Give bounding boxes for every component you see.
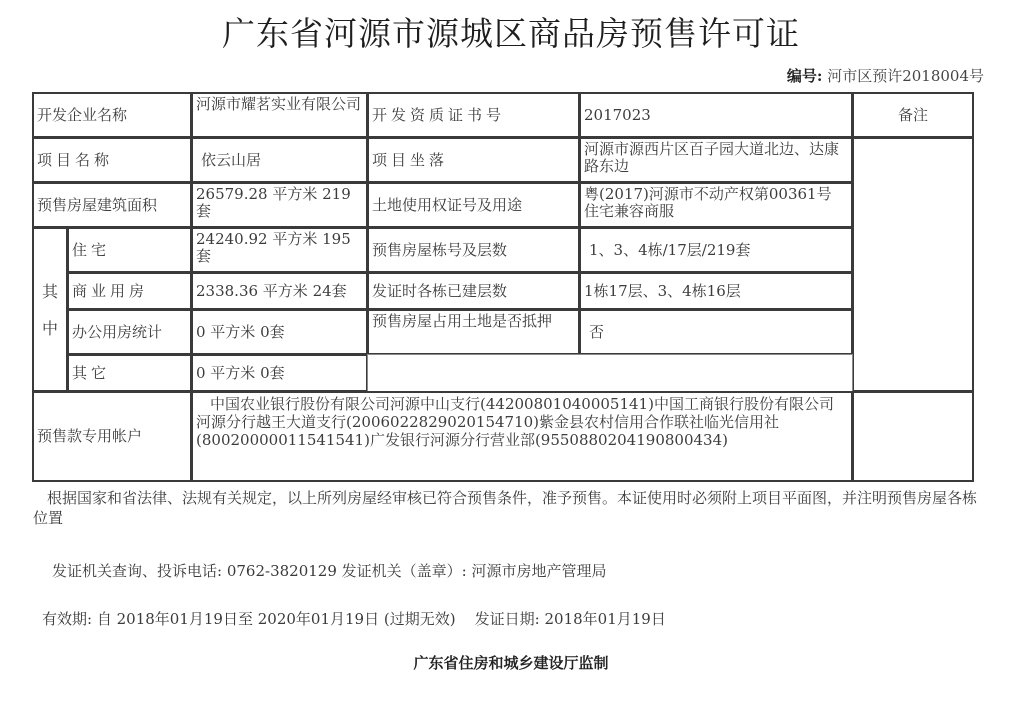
project-name-label: 项目名称 [37,152,113,169]
project-name-label-cell: 项目名称 [32,137,192,183]
account-label: 预售款专用帐户 [37,428,142,445]
remarks-label-cell: 备注 [852,92,974,138]
breakdown-commercial-value-cell: 2338.36 平方米 24套 [191,272,368,310]
mortgage-value-cell: 否 [579,309,853,355]
of-which-char-1: 其 [42,283,58,300]
breakdown-other-label-cell: 其它 [67,354,192,392]
supervisor-footer: 广东省住房和城乡建设厅监制 [0,652,1022,673]
mortgage-label: 预售房屋占用土地是否抵押 [372,313,552,330]
account-remarks-cell [852,391,974,482]
certificate-number: 编号: 河市区预许2018004号 [787,65,984,86]
account-value-cell: 中国农业银行股份有限公司河源中山支行(44200801040005141)中国工… [191,391,853,482]
qualification-label: 开发资质证书号 [372,107,505,124]
breakdown-residential-value: 24240.92 平方米 195套 [196,231,363,265]
breakdown-office-value: 0 平方米 0套 [196,324,285,341]
breakdown-other-label: 其它 [72,365,110,382]
developer-label: 开发企业名称 [37,107,127,124]
document-title: 广东省河源市源城区商品房预售许可证 [0,8,1022,55]
issue-date-label: 发证日期: [475,610,540,628]
land-cert-label-cell: 土地使用权证号及用途 [367,182,580,228]
developer-label-cell: 开发企业名称 [32,92,192,138]
account-label-cell: 预售款专用帐户 [32,391,192,482]
validity-line: 有效期: 自 2018年01月19日至 2020年01月19日 (过期无效) 发… [42,608,666,629]
phone-label: 发证机关查询、投诉电话: [52,562,222,580]
breakdown-office-value-cell: 0 平方米 0套 [191,309,368,355]
building-floors-label: 预售房屋栋号及层数 [372,242,507,259]
presale-area-label: 预售房屋建筑面积 [37,197,157,214]
validity-range: 自 2018年01月19日至 2020年01月19日 (过期无效) [97,610,456,628]
built-floors-label-cell: 发证时各栋已建层数 [367,272,580,310]
qualification-label-cell: 开发资质证书号 [367,92,580,138]
land-cert-value-cell: 粤(2017)河源市不动产权第00361号 住宅兼容商服 [579,182,853,228]
presale-area-value: 26579.28 平方米 219套 [196,186,363,220]
built-floors-value: 1栋17层、3、4栋16层 [584,283,741,300]
qualification-value-cell: 2017023 [579,92,853,138]
breakdown-other-value-cell: 0 平方米 0套 [191,354,368,392]
mortgage-value: 否 [589,324,604,341]
developer-value-cell: 河源市耀茗实业有限公司 [191,92,368,138]
land-cert-label: 土地使用权证号及用途 [372,197,522,214]
breakdown-commercial-value: 2338.36 平方米 24套 [196,283,347,300]
remarks-label: 备注 [898,107,928,124]
breakdown-commercial-label-cell: 商业用房 [67,272,192,310]
mortgage-label-cell: 预售房屋占用土地是否抵押 [367,309,580,355]
built-floors-value-cell: 1栋17层、3、4栋16层 [579,272,853,310]
location-label: 项目坐落 [372,152,448,169]
validity-label: 有效期: [42,610,92,628]
qualification-value: 2017023 [584,107,651,124]
breakdown-office-label-cell: 办公用房统计 [67,309,192,355]
certificate-number-label: 编号: [787,67,823,85]
presale-area-label-cell: 预售房屋建筑面积 [32,182,192,228]
issue-date: 2018年01月19日 [544,610,665,628]
breakdown-office-label: 办公用房统计 [72,324,162,341]
project-name-value: 依云山居 [201,152,261,169]
authority-name: 河源市房地产管理局 [472,562,607,580]
developer-value: 河源市耀茗实业有限公司 [196,96,361,113]
land-cert-value: 粤(2017)河源市不动产权第00361号 住宅兼容商服 [584,186,848,220]
legal-note: 根据国家和省法律、法规有关规定，以上所列房屋经审核已符合预售条件，准予预售。本证… [33,488,978,528]
authority-label: 发证机关（盖章）: [342,562,467,580]
breakdown-residential-label: 住宅 [72,242,110,259]
account-value: 中国农业银行股份有限公司河源中山支行(44200801040005141)中国工… [196,395,848,449]
empty-cell [367,354,853,392]
building-floors-label-cell: 预售房屋栋号及层数 [367,227,580,273]
of-which-label-cell: 其 中 [32,227,68,392]
building-floors-value: 1、3、4栋/17层/219套 [589,242,750,259]
location-value-cell: 河源市源西片区百子园大道北边、达康路东边 [579,137,853,183]
building-floors-value-cell: 1、3、4栋/17层/219套 [579,227,853,273]
remarks-value-cell [852,137,974,392]
breakdown-residential-value-cell: 24240.92 平方米 195套 [191,227,368,273]
certificate-number-value: 河市区预许2018004号 [827,67,984,85]
breakdown-commercial-label: 商业用房 [72,283,148,300]
phone-number: 0762-3820129 [227,562,337,580]
project-name-value-cell: 依云山居 [191,137,368,183]
location-value: 河源市源西片区百子园大道北边、达康路东边 [584,141,848,175]
breakdown-other-value: 0 平方米 0套 [196,365,285,382]
presale-area-value-cell: 26579.28 平方米 219套 [191,182,368,228]
of-which-char-2: 中 [42,320,58,337]
contact-line: 发证机关查询、投诉电话: 0762-3820129 发证机关（盖章）: 河源市房… [52,560,607,581]
location-label-cell: 项目坐落 [367,137,580,183]
breakdown-residential-label-cell: 住宅 [67,227,192,273]
built-floors-label: 发证时各栋已建层数 [372,283,507,300]
